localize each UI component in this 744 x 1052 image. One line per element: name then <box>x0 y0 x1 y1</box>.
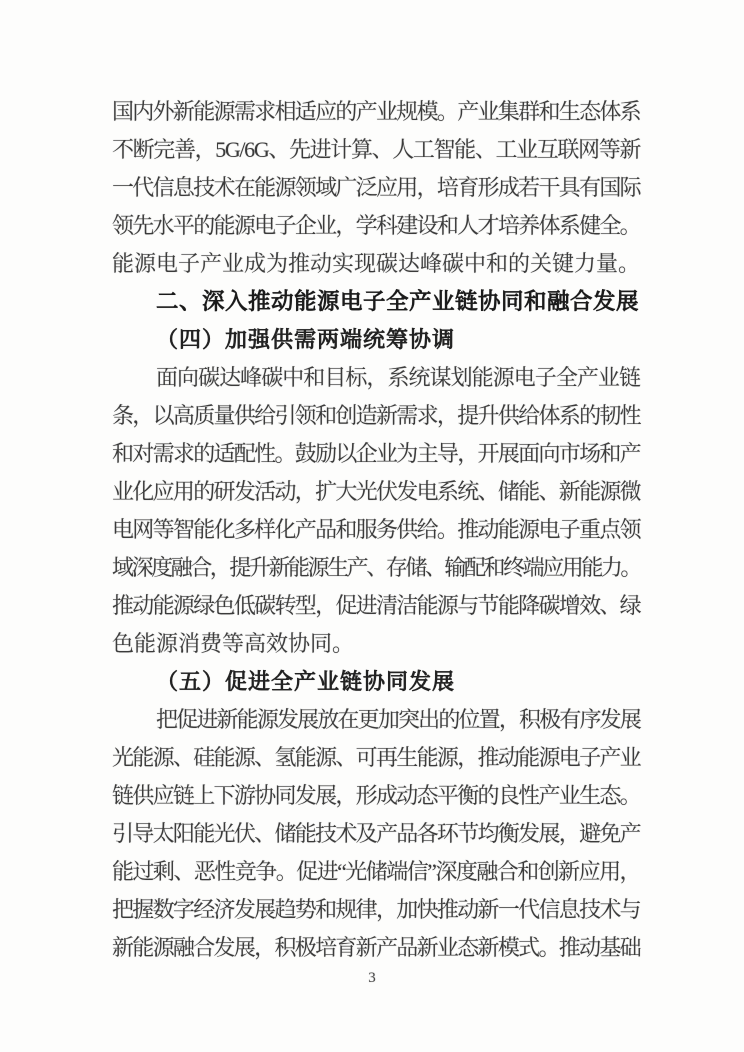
subsection-heading: （四）加强供需两端统筹协调 <box>156 321 640 359</box>
text-line: 引导太阳能光伏、储能技术及产品各环节均衡发展，避免产 <box>112 815 640 853</box>
document-page: 国内外新能源需求相适应的产业规模。产业集群和生态体系不断完善，5G/6G、先进计… <box>0 0 744 1052</box>
text-line: 电网等智能化多样化产品和服务供给。推动能源电子重点领 <box>112 511 640 549</box>
text-line: 业化应用的研发活动，扩大光伏发电系统、储能、新能源微 <box>112 473 640 511</box>
text-line: 条，以高质量供给引领和创造新需求，提升供给体系的韧性 <box>112 397 640 435</box>
text-line: 不断完善，5G/6G、先进计算、人工智能、工业互联网等新 <box>112 131 640 169</box>
text-line: 面向碳达峰碳中和目标，系统谋划能源电子全产业链 <box>112 359 640 397</box>
subsection-heading: （五）促进全产业链协同发展 <box>156 663 640 701</box>
text-line: 推动能源绿色低碳转型，促进清洁能源与节能降碳增效、绿 <box>112 587 640 625</box>
text-line: 光能源、硅能源、氢能源、可再生能源，推动能源电子产业 <box>112 739 640 777</box>
section-heading: 二、深入推动能源电子全产业链协同和融合发展 <box>156 283 640 321</box>
text-line: 链供应链上下游协同发展，形成动态平衡的良性产业生态。 <box>112 777 640 815</box>
text-line: 能源电子产业成为推动实现碳达峰碳中和的关键力量。 <box>112 245 640 283</box>
text-line: 一代信息技术在能源领域广泛应用，培育形成若干具有国际 <box>112 169 640 207</box>
text-line: 新能源融合发展，积极培育新产品新业态新模式。推动基础 <box>112 929 640 967</box>
text-line: 域深度融合，提升新能源生产、存储、输配和终端应用能力。 <box>112 549 640 587</box>
text-line: 把握数字经济发展趋势和规律，加快推动新一代信息技术与 <box>112 891 640 929</box>
text-column: 国内外新能源需求相适应的产业规模。产业集群和生态体系不断完善，5G/6G、先进计… <box>112 93 640 967</box>
text-line: 和对需求的适配性。鼓励以企业为主导，开展面向市场和产 <box>112 435 640 473</box>
text-line: 领先水平的能源电子企业，学科建设和人才培养体系健全。 <box>112 207 640 245</box>
text-line: 能过剩、恶性竞争。促进“光储端信”深度融合和创新应用， <box>112 853 640 891</box>
text-line: 国内外新能源需求相适应的产业规模。产业集群和生态体系 <box>112 93 640 131</box>
text-line: 把促进新能源发展放在更加突出的位置，积极有序发展 <box>112 701 640 739</box>
page-number: 3 <box>0 967 744 989</box>
text-line: 色能源消费等高效协同。 <box>112 625 640 663</box>
